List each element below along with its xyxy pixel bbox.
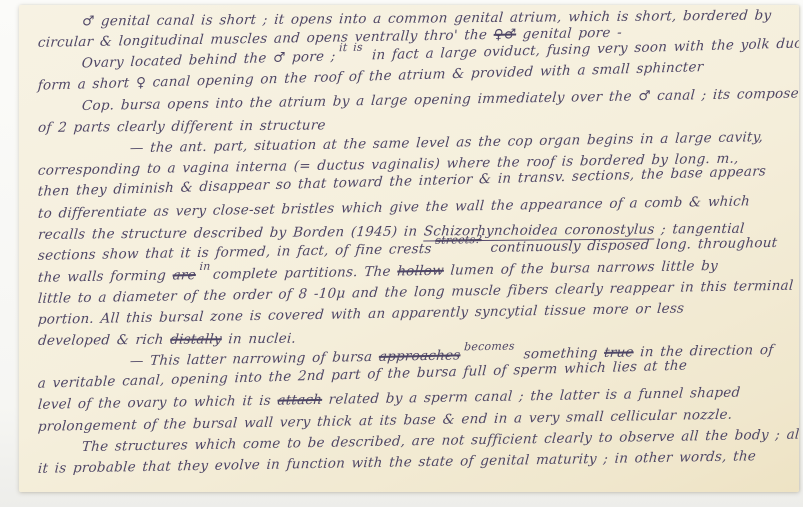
inserted-word: it is [339, 40, 364, 54]
struck-word: distally [170, 332, 223, 348]
struck-word: ♀♂ [493, 27, 517, 43]
index-card: ♂ genital canal is short ; it opens into… [19, 5, 799, 492]
line-text: related by a sperm canal ; the latter is… [322, 385, 741, 408]
line-text: in nuclei. [221, 331, 296, 348]
struck-word: attach [277, 392, 323, 409]
struck-word: are [172, 267, 196, 283]
inserted-word: in [199, 259, 211, 272]
line-text: recalls the structure described by Borde… [37, 223, 424, 242]
line-text: complete partitions. The [212, 263, 397, 282]
line-text: the walls forming [37, 267, 173, 285]
line-text: developed & rich [37, 332, 170, 349]
line-text: — This latter narrowing of bursa [129, 349, 379, 369]
inserted-word: becomes [464, 339, 516, 353]
line-text: continuously disposed long. throughout [483, 235, 777, 256]
line-text: level of the ovary to which it is [37, 393, 278, 413]
inserted-struck-word: streets? [435, 233, 482, 247]
struck-word: approaches [378, 347, 461, 364]
line-text: of 2 parts clearly different in structur… [37, 118, 326, 137]
struck-word: hollow [397, 262, 445, 279]
